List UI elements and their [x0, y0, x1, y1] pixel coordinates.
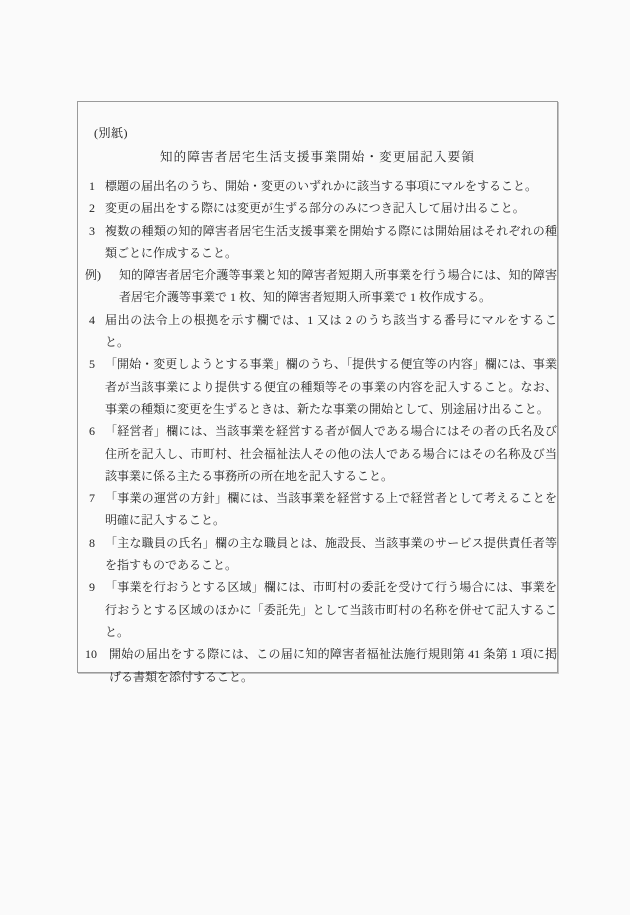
item-text: 「開始・変更しようとする事業」欄のうち、「提供する便宜等の内容」欄には、事業者が… [105, 353, 557, 420]
list-item-9: 9 「事業を行おうとする区域」欄には、市町村の委託を受けて行う場合には、事業を行… [89, 576, 557, 643]
item-number: 7 [89, 487, 105, 509]
item-text: 届出の法令上の根拠を示す欄では、1 又は 2 のうち該当する番号にマルをすること… [105, 309, 557, 354]
list-item-3: 3 複数の種類の知的障害者居宅生活支援事業を開始する際には開始届はそれぞれの種類… [89, 220, 557, 265]
list-item-7: 7 「事業の運営の方針」欄には、当該事業を経営する上で経営者として考えることを明… [89, 487, 557, 532]
list-item-8: 8 「主な職員の氏名」欄の主な職員とは、施設長、当該事業のサービス提供責任者等を… [89, 532, 557, 577]
list-item-2: 2 変更の届出をする際には変更が生ずる部分のみにつき記入して届け出ること。 [89, 197, 557, 219]
item-text: 「事業の運営の方針」欄には、当該事業を経営する上で経営者として考えることを明確に… [105, 487, 557, 532]
item-number: 6 [89, 420, 105, 442]
item-number: 例) [85, 264, 119, 286]
list-item-example: 例) 知的障害者居宅介護等事業と知的障害者短期入所事業を行う場合には、知的障害者… [89, 264, 557, 309]
list-item-10: 10 開始の届出をする際には、この届に知的障害者福祉法施行規則第 41 条第 1… [89, 643, 557, 688]
item-text: 「主な職員の氏名」欄の主な職員とは、施設長、当該事業のサービス提供責任者等を指す… [105, 532, 557, 577]
item-number: 2 [89, 197, 105, 219]
document-title: 知的障害者居宅生活支援事業開始・変更届記入要領 [89, 146, 557, 168]
document-page: { "page": { "note": "(別紙)", "title": "知的… [0, 0, 630, 915]
item-number: 9 [89, 576, 105, 598]
item-text: 複数の種類の知的障害者居宅生活支援事業を開始する際には開始届はそれぞれの種類ごと… [105, 220, 557, 265]
item-text: 開始の届出をする際には、この届に知的障害者福祉法施行規則第 41 条第 1 項に… [109, 643, 557, 688]
list-item-1: 1 標題の届出名のうち、開始・変更のいずれかに該当する事項にマルをすること。 [89, 175, 557, 197]
attachment-note: (別紙) [94, 122, 557, 144]
item-number: 5 [89, 353, 105, 375]
item-number: 4 [89, 309, 105, 331]
item-number: 3 [89, 220, 105, 242]
item-text: 「経営者」欄には、当該事業を経営する者が個人である場合にはその者の氏名及び住所を… [105, 420, 557, 487]
item-number: 1 [89, 175, 105, 197]
instruction-list: 1 標題の届出名のうち、開始・変更のいずれかに該当する事項にマルをすること。 2… [89, 175, 557, 688]
list-item-6: 6 「経営者」欄には、当該事業を経営する者が個人である場合にはその者の氏名及び住… [89, 420, 557, 487]
item-text: 「事業を行おうとする区域」欄には、市町村の委託を受けて行う場合には、事業を行おう… [105, 576, 557, 643]
list-item-5: 5 「開始・変更しようとする事業」欄のうち、「提供する便宜等の内容」欄には、事業… [89, 353, 557, 420]
item-text: 知的障害者居宅介護等事業と知的障害者短期入所事業を行う場合には、知的障害者居宅介… [119, 264, 557, 309]
item-text: 変更の届出をする際には変更が生ずる部分のみにつき記入して届け出ること。 [105, 197, 557, 219]
list-item-4: 4 届出の法令上の根拠を示す欄では、1 又は 2 のうち該当する番号にマルをする… [89, 309, 557, 354]
document-border-box: (別紙) 知的障害者居宅生活支援事業開始・変更届記入要領 1 標題の届出名のうち… [77, 101, 558, 673]
item-number: 8 [89, 532, 105, 554]
item-number: 10 [85, 643, 109, 665]
item-text: 標題の届出名のうち、開始・変更のいずれかに該当する事項にマルをすること。 [105, 175, 557, 197]
